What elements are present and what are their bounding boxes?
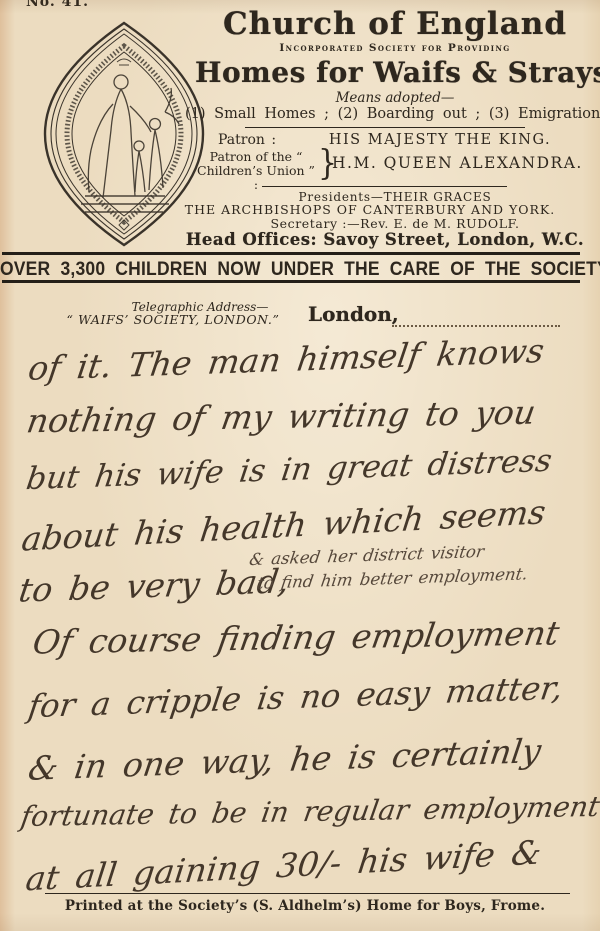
telegraphic-address-value: “ WAIFS’ SOCIETY, LONDON.” — [48, 312, 298, 327]
handwritten-line: fortunate to be in regular employment — [19, 790, 600, 833]
letterhead-page: No. 41. Church of England Incorporated S… — [0, 0, 600, 931]
footer-rule — [45, 893, 570, 894]
handwritten-insertion: & asked her district visitor — [248, 542, 485, 569]
children-count-banner: OVER 3,300 CHILDREN NOW UNDER THE CARE O… — [0, 257, 585, 281]
means-heading: Means adopted— — [230, 90, 560, 106]
presidents-line2: THE ARCHBISHOPS OF CANTERBURY AND YORK. — [150, 202, 590, 217]
org-subtitle: Incorporated Society for Providing — [200, 42, 590, 54]
banner-rule-bottom — [2, 280, 580, 283]
org-title: Church of England — [200, 6, 590, 42]
divider — [262, 186, 507, 187]
divider — [245, 127, 525, 128]
printer-imprint: Printed at the Society’s (S. Aldhelm’s) … — [40, 898, 570, 914]
form-number: No. 41. — [26, 0, 89, 10]
means-items: (1) Small Homes ; (2) Boarding out ; (3)… — [185, 106, 590, 122]
handwritten-insertion: to find him better employment. — [256, 564, 529, 592]
patron-value: HIS MAJESTY THE KING. — [300, 132, 580, 148]
handwritten-line: at all gaining 30/- his wife & — [24, 833, 544, 899]
date-blank-line — [392, 305, 560, 327]
head-offices-line: Head Offices: Savoy Street, London, W.C. — [180, 230, 590, 249]
banner-rule-top — [2, 252, 580, 255]
handwritten-line: for a cripple is no easy matter, — [26, 669, 566, 726]
handwritten-line: nothing of my writing to you — [24, 393, 538, 441]
handwritten-line: but his wife is in great distress — [24, 443, 554, 497]
dateline-city: London, — [308, 302, 399, 326]
handwritten-line: Of course finding employment — [30, 613, 562, 661]
handwritten-line: & in one way, he is certainly — [26, 731, 544, 788]
secretary-line: Secretary :—Rev. E. de M. RUDOLF. — [200, 216, 590, 231]
patron-union-value: H.M. QUEEN ALEXANDRA. — [332, 154, 582, 172]
handwritten-line: of it. The man himself knows — [26, 331, 547, 388]
patron-label: Patron : — [218, 132, 276, 148]
org-title-2: Homes for Waifs & Strays. — [195, 56, 595, 89]
